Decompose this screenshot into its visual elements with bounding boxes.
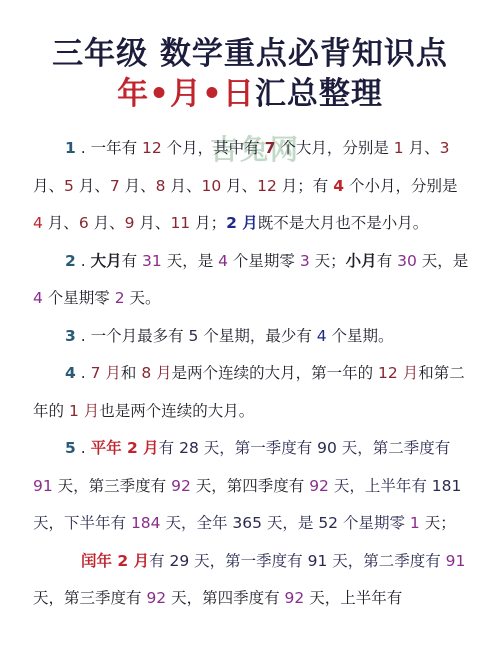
value: 7 bbox=[265, 139, 276, 157]
text: . bbox=[76, 439, 91, 457]
text: . 一年有 bbox=[76, 139, 142, 157]
value: 92 bbox=[146, 589, 166, 607]
section-5: 5 . 平年 2 月有 28 天，第一季度有 90 天，第二季度有 91 天，第… bbox=[33, 430, 469, 543]
value: 12 bbox=[142, 139, 162, 157]
section-3: 3 . 一个月最多有 5 个星期，最少有 4 个星期。 bbox=[33, 318, 469, 356]
text: 个月，其中有 bbox=[162, 139, 265, 157]
section-number: 2 bbox=[65, 252, 76, 270]
value: 91 bbox=[33, 477, 53, 495]
subtitle-rest: 汇总整理 bbox=[255, 76, 383, 112]
value: 8 月 bbox=[141, 364, 171, 382]
value: 5 bbox=[64, 177, 74, 195]
text: 天，上半年有 bbox=[304, 589, 402, 607]
text: 天。 bbox=[125, 289, 161, 307]
text: 和 bbox=[121, 364, 141, 382]
subtitle-day: 日 bbox=[223, 76, 255, 112]
text: 月、 bbox=[404, 139, 440, 157]
text: 天，是 bbox=[417, 252, 468, 270]
text: 个星期零 bbox=[43, 289, 115, 307]
text: 个星期，最少有 bbox=[198, 327, 316, 345]
value: 91 bbox=[446, 552, 466, 570]
section-number: 5 bbox=[65, 439, 76, 457]
text: 也是两个连续的大月。 bbox=[99, 402, 254, 420]
value: 30 bbox=[397, 252, 417, 270]
text: 天； bbox=[310, 252, 346, 270]
text: 个大月，分别是 bbox=[275, 139, 393, 157]
value: 7 bbox=[110, 177, 120, 195]
document-body: 1 . 一年有 12 个月，其中有 7 个大月，分别是 1 月、3 月、5 月、… bbox=[33, 130, 469, 618]
value: 1 bbox=[410, 514, 420, 532]
value: 12 月 bbox=[378, 364, 418, 382]
text: 天，第四季度有 bbox=[191, 477, 309, 495]
section-number: 1 bbox=[65, 139, 76, 157]
text: 是两个连续的大月，第一年的 bbox=[172, 364, 378, 382]
text: 有 bbox=[122, 252, 142, 270]
text: 月、 bbox=[43, 214, 79, 232]
page-subtitle: 年•月•日汇总整理 bbox=[0, 68, 500, 113]
text: 有 28 天，第一季度有 90 天，第二季度有 bbox=[159, 439, 451, 457]
text: 月、 bbox=[74, 177, 110, 195]
subtitle-month: 月 bbox=[170, 76, 202, 112]
value: 6 bbox=[79, 214, 89, 232]
value: 4 bbox=[33, 214, 43, 232]
text: . bbox=[76, 364, 91, 382]
value: 5 bbox=[189, 327, 199, 345]
text: . 一个月最多有 bbox=[76, 327, 189, 345]
value: 10 bbox=[201, 177, 221, 195]
text: 个星期零 bbox=[228, 252, 300, 270]
text: 月、 bbox=[33, 177, 64, 195]
value: 92 bbox=[285, 589, 305, 607]
text: 既不是大月也不是小月。 bbox=[258, 214, 429, 232]
text: 有 bbox=[377, 252, 397, 270]
text: 月、 bbox=[135, 214, 171, 232]
term: 平年 2 月 bbox=[91, 439, 159, 457]
value: 3 bbox=[440, 139, 450, 157]
text: . bbox=[76, 252, 91, 270]
value: 12 bbox=[257, 177, 277, 195]
subtitle-year: 年 bbox=[117, 76, 149, 112]
text: 月、 bbox=[89, 214, 125, 232]
section-1: 1 . 一年有 12 个月，其中有 7 个大月，分别是 1 月、3 月、5 月、… bbox=[33, 130, 469, 243]
page-title: 三年级 数学重点必背知识点 bbox=[0, 28, 500, 73]
subtitle-dot: • bbox=[149, 76, 170, 112]
section-number: 4 bbox=[65, 364, 76, 382]
text: 天，第四季度有 bbox=[166, 589, 284, 607]
section-2: 2 . 大月有 31 天，是 4 个星期零 3 天；小月有 30 天，是 4 个… bbox=[33, 243, 469, 318]
term: 闰年 2 月 bbox=[81, 552, 149, 570]
text: 个小月，分别是 bbox=[344, 177, 457, 195]
value: 4 bbox=[33, 289, 43, 307]
value: 1 月 bbox=[69, 402, 99, 420]
value: 92 bbox=[309, 477, 329, 495]
value: 4 bbox=[317, 327, 327, 345]
text: 有 29 天，第一季度有 91 天，第二季度有 bbox=[149, 552, 446, 570]
term: 大月 bbox=[91, 252, 122, 270]
value: 1 bbox=[394, 139, 404, 157]
value: 7 月 bbox=[91, 364, 121, 382]
value: 4 bbox=[333, 177, 344, 195]
value: 92 bbox=[171, 477, 191, 495]
text: 个星期。 bbox=[327, 327, 394, 345]
value: 11 bbox=[170, 214, 190, 232]
value: 8 bbox=[156, 177, 166, 195]
text: 月；有 bbox=[277, 177, 333, 195]
term: 小月 bbox=[346, 252, 377, 270]
value: 3 bbox=[300, 252, 310, 270]
text: 天，第三季度有 bbox=[53, 477, 171, 495]
text: 月、 bbox=[166, 177, 202, 195]
text: 月、 bbox=[120, 177, 156, 195]
text: 天，是 bbox=[162, 252, 218, 270]
subtitle-dot: • bbox=[202, 76, 223, 112]
text: 天； bbox=[420, 514, 456, 532]
value: 2 bbox=[115, 289, 125, 307]
value: 2 月 bbox=[226, 214, 258, 232]
text: 月、 bbox=[221, 177, 257, 195]
section-number: 3 bbox=[65, 327, 76, 345]
text: 月； bbox=[190, 214, 226, 232]
value: 31 bbox=[142, 252, 162, 270]
section-5-leap-year: 闰年 2 月有 29 天，第一季度有 91 天，第二季度有 91 天，第三季度有… bbox=[33, 543, 469, 618]
text: 天，第三季度有 bbox=[33, 589, 146, 607]
text: 天，全年 365 天，是 52 个星期零 bbox=[161, 514, 410, 532]
section-4: 4 . 7 月和 8 月是两个连续的大月，第一年的 12 月和第二年的 1 月也… bbox=[33, 355, 469, 430]
value: 9 bbox=[125, 214, 135, 232]
value: 4 bbox=[218, 252, 228, 270]
value: 184 bbox=[131, 514, 161, 532]
